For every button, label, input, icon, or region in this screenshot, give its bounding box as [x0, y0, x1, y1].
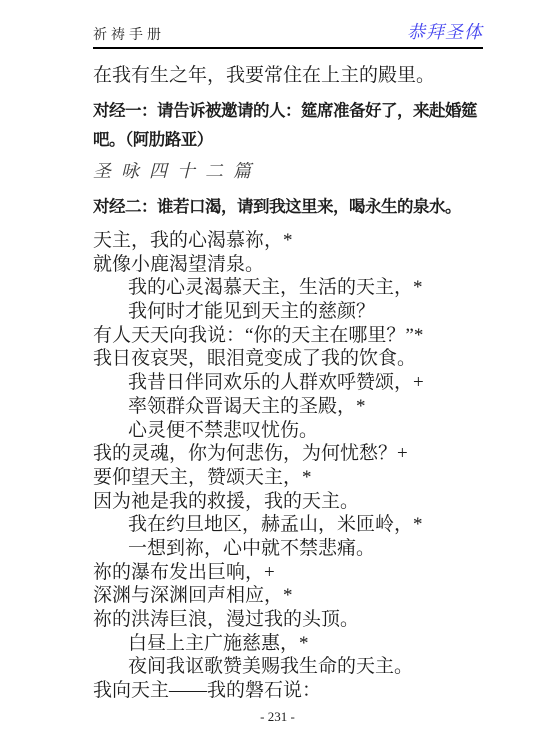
- antiphon-1: 对经一：请告诉被邀请的人：筵席准备好了，来赴婚筵吧。（阿肋路亚）: [93, 97, 483, 155]
- psalm-title: 圣咏四十二篇: [93, 160, 483, 182]
- page-header: 祈祷手册 恭拜圣体: [93, 22, 483, 49]
- intro-line: 在我有生之年，我要常住在上主的殿里。: [93, 64, 483, 88]
- section-title: 恭拜圣体: [407, 18, 483, 44]
- psalm-line: 白昼上主广施慈惠，*: [93, 632, 483, 656]
- psalm-line: 要仰望天主，赞颂天主，*: [93, 466, 483, 490]
- psalm-line: 我的灵魂，你为何悲伤，为何忧愁？+: [93, 442, 483, 466]
- psalm-line: 祢的瀑布发出巨响，+: [93, 561, 483, 585]
- book-title: 祈祷手册: [93, 24, 165, 44]
- psalm-line: 就像小鹿渴望清泉。: [93, 253, 483, 277]
- antiphon-line: 对经二：谁若口渴，请到我这里来，喝永生的泉水。: [93, 193, 483, 222]
- psalm-line: 我向天主——我的磐石说：: [93, 679, 483, 703]
- psalm-line: 因为祂是我的救援，我的天主。: [93, 490, 483, 514]
- psalm-line: 我日夜哀哭，眼泪竟变成了我的饮食。: [93, 347, 483, 371]
- psalm-body: 天主，我的心渴慕祢，*就像小鹿渴望清泉。我的心灵渴慕天主，生活的天主，*我何时才…: [93, 229, 483, 703]
- antiphon-line: 对经一：请告诉被邀请的人：筵席准备好了，来赴婚筵: [93, 97, 483, 126]
- antiphon-2: 对经二：谁若口渴，请到我这里来，喝永生的泉水。: [93, 193, 483, 222]
- psalm-line: 我何时才能见到天主的慈颜？: [93, 300, 483, 324]
- psalm-line: 有人天天向我说：“你的天主在哪里？”*: [93, 324, 483, 348]
- page-number: - 231 -: [0, 709, 555, 725]
- psalm-line: 深渊与深渊回声相应，*: [93, 584, 483, 608]
- psalm-line: 天主，我的心渴慕祢，*: [93, 229, 483, 253]
- psalm-line: 我的心灵渴慕天主，生活的天主，*: [93, 276, 483, 300]
- psalm-line: 夜间我讴歌赞美赐我生命的天主。: [93, 655, 483, 679]
- psalm-line: 我在约旦地区，赫孟山，米匝岭，*: [93, 513, 483, 537]
- document-page: 祈祷手册 恭拜圣体 在我有生之年，我要常住在上主的殿里。 对经一：请告诉被邀请的…: [0, 0, 555, 734]
- psalm-line: 我昔日伴同欢乐的人群欢呼赞颂，+: [93, 371, 483, 395]
- antiphon-line: 吧。（阿肋路亚）: [93, 126, 483, 155]
- psalm-line: 心灵便不禁悲叹忧伤。: [93, 419, 483, 443]
- psalm-line: 率领群众晋谒天主的圣殿，*: [93, 395, 483, 419]
- psalm-line: 祢的洪涛巨浪，漫过我的头顶。: [93, 608, 483, 632]
- psalm-line: 一想到祢，心中就不禁悲痛。: [93, 537, 483, 561]
